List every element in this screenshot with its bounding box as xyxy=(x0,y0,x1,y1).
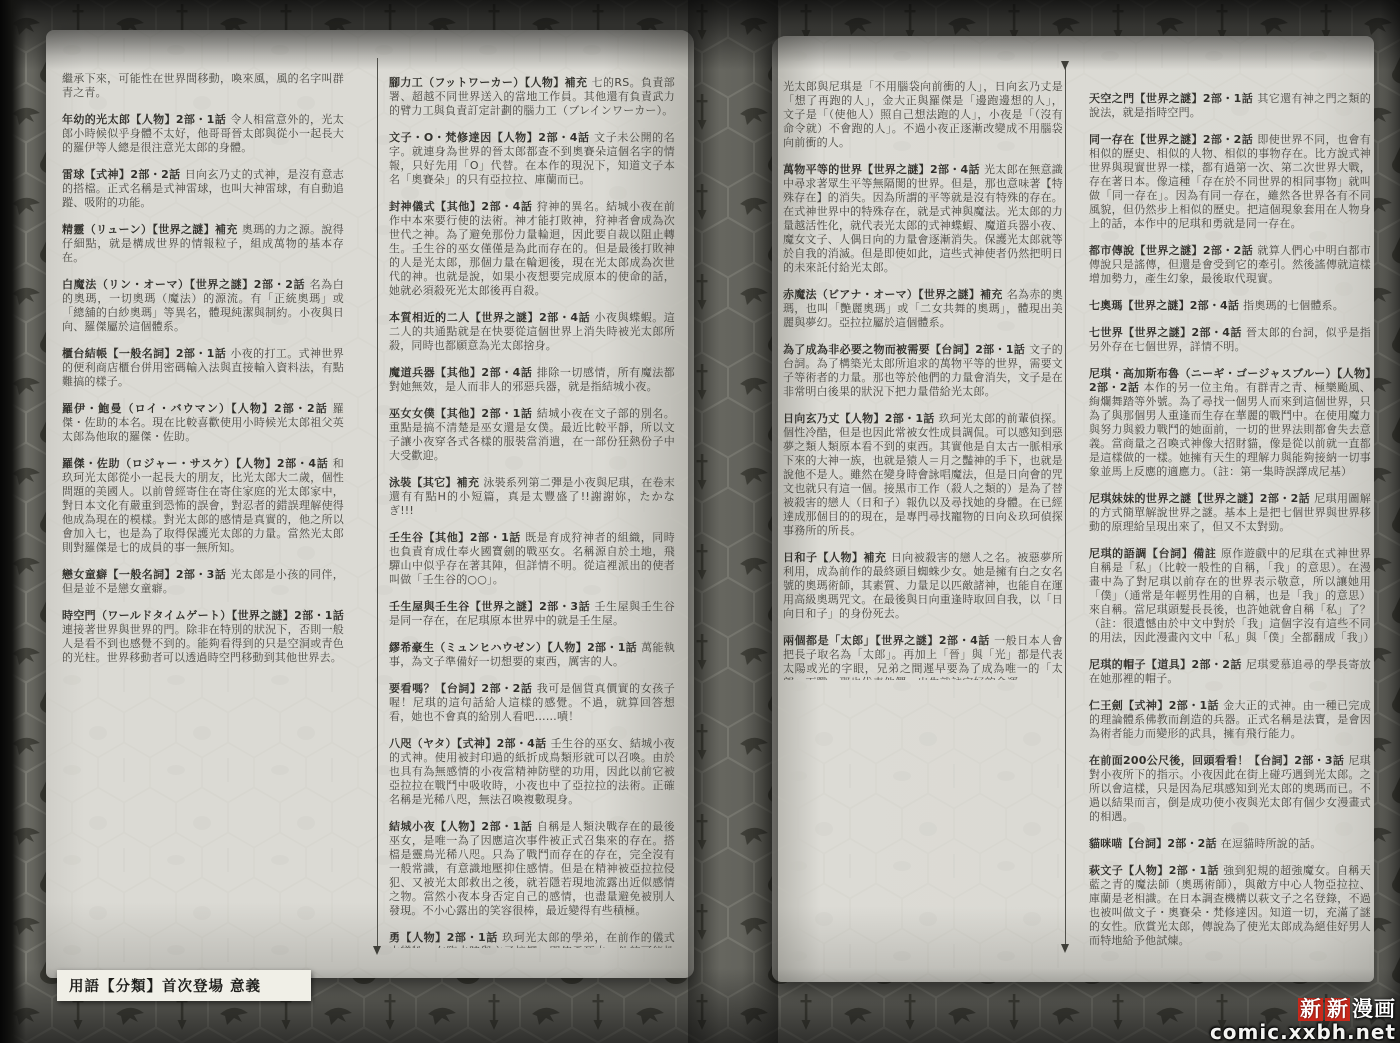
glossary-entry-term: 兩個都是「太郎」【世界之謎】2部・4話 xyxy=(783,634,994,647)
glossary-entry-term: 為了成為非必要之物而被需要【台詞】2部・1話 xyxy=(783,343,1029,356)
glossary-entry: 戀女童癖【一般名詞】2部・3話 光太郎是小孩的同伴，但是並不是戀女童癖。 xyxy=(62,568,344,596)
glossary-legend-label: 用語【分類】首次登場 意義 xyxy=(69,975,261,996)
glossary-entry: 要看嗎？【台詞】2部・2話 我可是個貨真價實的女孩子喔！尼琪的這句話給人這樣的感… xyxy=(389,682,675,724)
glossary-entry: 繼承下來，可能性在世界間移動，喚來風，風的名字叫群青之青。 xyxy=(62,72,344,100)
watermark-brand-suffix: 漫画 xyxy=(1352,997,1396,1021)
glossary-entry-term: 日向玄乃丈【人物】2部・1話 xyxy=(783,412,939,425)
watermark-brand-char-1: 新 xyxy=(1298,998,1323,1021)
glossary-entry-term: 年幼的光太郎【人物】2部・1話 xyxy=(62,113,230,126)
glossary-entry: 尼琪妹妹的世界之謎【世界之謎】2部・2話 尼琪用圖解的方式簡單解說世界之謎。基本… xyxy=(1089,492,1371,534)
column-divider-arrow-icon xyxy=(1065,62,1066,944)
glossary-entry-body: 和玖珂光太郎從小一起長大的朋友，比光太郎大二歲，個性問題的美國人。以前曾經寄住在… xyxy=(62,457,344,554)
glossary-entry: 繆希豪生（ミュンヒハウゼン）【人物】2部・1話 萬能執事，為文子準備好一切想要的… xyxy=(389,641,675,669)
glossary-entry: 日和子【人物】補充 日向被殺害的戀人之名。被惡夢所利用，成為前作的最終頭目蜘蛛少… xyxy=(783,551,1063,621)
glossary-entry-term: 赤魔法（ビアナ・オーマ）【世界之謎】補充 xyxy=(783,288,1007,301)
glossary-entry: 魔道兵器【其他】2部・4話 排除一切感情，所有魔法都對她無效，是人而非人的邪惡兵… xyxy=(389,366,675,394)
glossary-entry: 兩個都是「太郎」【世界之謎】2部・4話 一般日本人會把長子取名為「太郎」。再加上… xyxy=(783,634,1063,680)
glossary-entry-term: 八咫（ヤタ）【式神】2部・4話 xyxy=(389,737,551,750)
glossary-entry-body: 光太郎與尼琪是「不用腦袋向前衝的人」，日向玄乃丈是「想了再跑的人」，金大正與羅傑… xyxy=(783,80,1063,149)
glossary-entry-term: 壬生谷【其他】2部・1話 xyxy=(389,531,525,544)
glossary-entry: 在前面200公尺後，回頭看看！【台詞】2部・3話 尼琪對小夜所下的指示。小夜因此… xyxy=(1089,754,1371,824)
glossary-entry: 仁王劍【式神】2部・1話 金大正的式神。由一種已完成的理論體系佛教而創造的兵器。… xyxy=(1089,699,1371,741)
glossary-entry-term: 尼琪妹妹的世界之謎【世界之謎】2部・2話 xyxy=(1089,492,1314,505)
glossary-entry: 文子・O・梵修達因【人物】2部・4話 文子未公開的名字。就連身為世界的晉太郎都查… xyxy=(389,131,675,187)
glossary-entry-term: 結城小夜【人物】2部・1話 xyxy=(389,820,537,833)
glossary-entry-term: 七世界【世界之謎】2部・4話 xyxy=(1089,326,1246,339)
glossary-entry-term: 日和子【人物】補充 xyxy=(783,551,891,564)
glossary-entry-term: 七奧瑪【世界之謎】2部・4話 xyxy=(1089,299,1243,312)
glossary-entry: 櫃台結帳【一般名詞】2部・1話 小夜的打工。式神世界的便利商店櫃台併用密碼輸入法… xyxy=(62,347,344,389)
glossary-entry-term: 尼琪的語調【台詞】備註 xyxy=(1089,547,1221,560)
glossary-entry: 赤魔法（ビアナ・オーマ）【世界之謎】補充 名為赤的奧瑪，也叫「艷麗奧瑪」或「二女… xyxy=(783,288,1063,330)
left-page-column-1: 繼承下來，可能性在世界間移動，喚來風，風的名字叫群青之青。年幼的光太郎【人物】2… xyxy=(62,72,344,672)
glossary-entry-term: 在前面200公尺後，回頭看看！【台詞】2部・3話 xyxy=(1089,754,1348,767)
glossary-legend-box: 用語【分類】首次登場 意義 xyxy=(57,970,311,1001)
book-scan-spread: 繼承下來，可能性在世界間移動，喚來風，風的名字叫群青之青。年幼的光太郎【人物】2… xyxy=(0,0,1400,1043)
glossary-entry-term: 壬生屋與壬生谷【世界之謎】2部・3話 xyxy=(389,600,595,613)
glossary-entry-body: 玖珂光太郎的前輩偵探。個性冷酷，但是也因此常被女性成員調侃。可以感知到惡夢之類人… xyxy=(783,412,1063,537)
glossary-entry: 尼琪的帽子【道具】2部・2話 尼琪愛慕追尋的學長寄放在她那裡的帽子。 xyxy=(1089,658,1371,686)
glossary-entry: 雷球【式神】2部・2話 日向玄乃丈的式神，是沒有意志的搭檔。正式名稱是式神雷球，… xyxy=(62,168,344,210)
glossary-entry: 腳力工（フットワーカー）【人物】補充 七的RS。負責部署、超越不同世界送入的當地… xyxy=(389,76,675,118)
glossary-entry: 白魔法（リン・オーマ）【世界之謎】2部・2話 名為白的奧瑪，一切奧瑪（魔法）的源… xyxy=(62,278,344,334)
glossary-entry: 萬物平等的世界【世界之謎】2部・4話 光太郎在無意識中尋求著眾生平等無隔閡的世界… xyxy=(783,163,1063,275)
glossary-entry: 泳裝【其它】補充 泳裝系列第二彈是小夜與尼琪，在卷末還有有點H的小短篇，真是太豐… xyxy=(389,476,675,518)
glossary-entry: 結城小夜【人物】2部・1話 自稱是人類決戰存在的最後巫女，是唯一為了因應這次事件… xyxy=(389,820,675,918)
glossary-entry: 時空門（ワールドタイムゲート）【世界之謎】2部・1話 連接著世界與世界的門。除非… xyxy=(62,609,344,665)
glossary-entry-term: 羅伊・鮑曼（ロイ・バウマン）【人物】2部・2話 xyxy=(62,402,333,415)
glossary-entry: 七奧瑪【世界之謎】2部・4話 指奧瑪的七個體系。 xyxy=(1089,299,1371,313)
glossary-entry-term: 萩文子【人物】2部・1話 xyxy=(1089,864,1223,877)
glossary-entry-term: 白魔法（リン・オーマ）【世界之謎】2部・2話 xyxy=(62,278,310,291)
glossary-entry-body: 光太郎在無意識中尋求著眾生平等無隔閡的世界。但是，那也意味著【特殊存在】的消失。… xyxy=(783,163,1063,274)
glossary-entry: 封神儀式【其他】2部・4話 狩神的異名。結城小夜在前作中本來要行使的法術。神才能… xyxy=(389,200,675,298)
watermark-site-url: comic.xxbh.net xyxy=(1210,1021,1396,1043)
glossary-entry: 尼琪的語調【台詞】備註 原作遊戲中的尼琪在式神世界自稱是「私」（比較一般性的自稱… xyxy=(1089,547,1371,645)
glossary-entry-term: 本質相近的二人【世界之謎】2部・4話 xyxy=(389,311,595,324)
glossary-entry: 精靈（リューン）【世界之謎】補充 奧瑪的力之源。說得仔細點，就是構成世界的情報粒… xyxy=(62,223,344,265)
glossary-entry-term: 文子・O・梵修達因【人物】2部・4話 xyxy=(389,131,594,144)
glossary-entry: 勇【人物】2部・1話 玖珂光太郎的學弟，在前作的儀式中犧牲，在臨去時與文子接觸。… xyxy=(389,931,675,948)
glossary-entry-term: 時空門（ワールドタイムゲート）【世界之謎】2部・1話 xyxy=(62,609,344,622)
glossary-entry: 光太郎與尼琪是「不用腦袋向前衝的人」，日向玄乃丈是「想了再跑的人」，金大正與羅傑… xyxy=(783,80,1063,150)
glossary-entry-term: 戀女童癖【一般名詞】2部・3話 xyxy=(62,568,230,581)
glossary-entry-term: 櫃台結帳【一般名詞】2部・1話 xyxy=(62,347,230,360)
glossary-entry-term: 貓咪喵【台詞】2部・2話 xyxy=(1089,837,1221,850)
glossary-entry: 巫女女僕【其他】2部・1話 結城小夜在文子部的別名。重點是搞不清楚是巫女還是女僕… xyxy=(389,407,675,463)
glossary-entry-term: 同一存在【世界之謎】2部・2話 xyxy=(1089,133,1257,146)
glossary-entry-body: 繼承下來，可能性在世界間移動，喚來風，風的名字叫群青之青。 xyxy=(62,72,344,99)
arrowhead-down-icon xyxy=(373,946,381,955)
glossary-entry: 貓咪喵【台詞】2部・2話 在逗貓時所說的話。 xyxy=(1089,837,1371,851)
glossary-entry-term: 魔道兵器【其他】2部・4話 xyxy=(389,366,537,379)
glossary-entry-body: 自稱是人類決戰存在的最後巫女，是唯一為了因應這次事件被正式召集來的存在。搭檔是靈… xyxy=(389,820,675,917)
glossary-entry: 天空之門【世界之謎】2部・1話 其它還有神之門之類的說法，就是指時空門。 xyxy=(1089,92,1371,120)
glossary-entry: 都市傳說【世界之謎】2部・2話 就算人們心中明白都市傳說只是謠傳，但還是會受到它… xyxy=(1089,244,1371,286)
right-page-column-2: 天空之門【世界之謎】2部・1話 其它還有神之門之類的說法，就是指時空門。同一存在… xyxy=(1089,92,1371,954)
scanlation-watermark: 新新漫画 comic.xxbh.net xyxy=(1210,998,1396,1043)
glossary-entry-term: 羅傑・佐助（ロジャー・サスケ）【人物】2部・4話 xyxy=(62,457,333,470)
glossary-entry-term: 雷球【式神】2部・2話 xyxy=(62,168,185,181)
glossary-entry-term: 都市傳說【世界之謎】2部・2話 xyxy=(1089,244,1257,257)
glossary-entry-term: 腳力工（フットワーカー）【人物】補充 xyxy=(389,76,592,89)
glossary-entry-body: 原作遊戲中的尼琪在式神世界自稱是「私」（比較一般性的自稱，「我」的意思）。在漫畫… xyxy=(1089,547,1371,644)
glossary-entry-term: 泳裝【其它】補充 xyxy=(389,476,483,489)
glossary-entry-body: 即使世界不同，也會有相似的歷史、相似的人物、相似的事物存在。比方說式神世界與現實… xyxy=(1089,133,1371,230)
glossary-entry: 為了成為非必要之物而被需要【台詞】2部・1話 文子的台詞。為了構築光太郎所追求的… xyxy=(783,343,1063,399)
glossary-entry-term: 精靈（リューン）【世界之謎】補充 xyxy=(62,223,242,236)
glossary-entry-term: 巫女女僕【其他】2部・1話 xyxy=(389,407,537,420)
glossary-entry-body: 狩神的異名。結城小夜在前作中本來要行使的法術。神才能打敗神，狩神者會成為次世代之… xyxy=(389,200,675,297)
glossary-entry: 壬生屋與壬生谷【世界之謎】2部・3話 壬生屋與壬生谷是同一存在，在尼琪原本世界中… xyxy=(389,600,675,628)
glossary-entry: 尼琪・高加斯布魯（ニーギ・ゴージャスブルー）【人物】2部・2話 本作的另一位主角… xyxy=(1089,367,1371,479)
glossary-entry: 萩文子【人物】2部・1話 強到犯規的超強魔女。自稱天藍之青的魔法師（奧瑪術師），… xyxy=(1089,864,1371,948)
left-page-column-2: 腳力工（フットワーカー）【人物】補充 七的RS。負責部署、超越不同世界送入的當地… xyxy=(389,76,675,948)
arrowhead-down-icon xyxy=(1061,944,1069,953)
glossary-entry: 壬生谷【其他】2部・1話 既是育成狩神者的組織，同時也負責育成仕奉火國寶劍的戰巫… xyxy=(389,531,675,587)
glossary-entry: 八咫（ヤタ）【式神】2部・4話 壬生谷的巫女、結城小夜的式神。使用被封印過的紙折… xyxy=(389,737,675,807)
glossary-entry-body: 在逗貓時所說的話。 xyxy=(1221,837,1322,850)
glossary-entry-term: 天空之門【世界之謎】2部・1話 xyxy=(1089,92,1257,105)
glossary-entry-term: 勇【人物】2部・1話 xyxy=(389,931,502,944)
glossary-entry-term: 仁王劍【式神】2部・1話 xyxy=(1089,699,1223,712)
glossary-entry: 羅傑・佐助（ロジャー・サスケ）【人物】2部・4話 和玖珂光太郎從小一起長大的朋友… xyxy=(62,457,344,555)
glossary-entry: 年幼的光太郎【人物】2部・1話 令人相當意外的，光太郎小時候似乎身體不太好，他哥… xyxy=(62,113,344,155)
glossary-entry: 日向玄乃丈【人物】2部・1話 玖珂光太郎的前輩偵探。個性冷酷，但是也因此常被女性… xyxy=(783,412,1063,538)
column-divider-arrow-icon xyxy=(377,58,378,946)
glossary-entry-term: 萬物平等的世界【世界之謎】2部・4話 xyxy=(783,163,984,176)
arrowhead-down-icon xyxy=(1061,61,1069,70)
right-page-column-1: 光太郎與尼琪是「不用腦袋向前衝的人」，日向玄乃丈是「想了再跑的人」，金大正與羅傑… xyxy=(783,80,1063,680)
glossary-entry: 本質相近的二人【世界之謎】2部・4話 小夜與蝶蝦。這二人的共通點就是在快要從這個… xyxy=(389,311,675,353)
watermark-brand: 新新漫画 xyxy=(1210,998,1396,1021)
glossary-entry-body: 本作的另一位主角。有群青之青、極樂颱風、絢爛舞踏等外號。為了尋找一個男人而來到這… xyxy=(1089,381,1371,478)
glossary-entry: 同一存在【世界之謎】2部・2話 即使世界不同，也會有相似的歷史、相似的人物、相似… xyxy=(1089,133,1371,231)
glossary-entry: 七世界【世界之謎】2部・4話 晉太郎的台詞，似乎是指另外存在七個世界，詳情不明。 xyxy=(1089,326,1371,354)
glossary-entry-term: 封神儀式【其他】2部・4話 xyxy=(389,200,537,213)
glossary-entry-body: 連接著世界與世界的門。除非在特別的狀況下，否則一般人是看不到也感覺不到的。能夠看… xyxy=(62,623,344,664)
glossary-entry-term: 繆希豪生（ミュンヒハウゼン）【人物】2部・1話 xyxy=(389,641,641,654)
glossary-entry-term: 尼琪的帽子【道具】2部・2話 xyxy=(1089,658,1246,671)
glossary-entry-term: 要看嗎？【台詞】2部・2話 xyxy=(389,682,537,695)
glossary-entry: 羅伊・鮑曼（ロイ・バウマン）【人物】2部・2話 羅傑・佐助的本名。現在比較喜歡使… xyxy=(62,402,344,444)
glossary-entry-body: 指奧瑪的七個體系。 xyxy=(1243,299,1344,312)
watermark-brand-char-2: 新 xyxy=(1325,998,1350,1021)
